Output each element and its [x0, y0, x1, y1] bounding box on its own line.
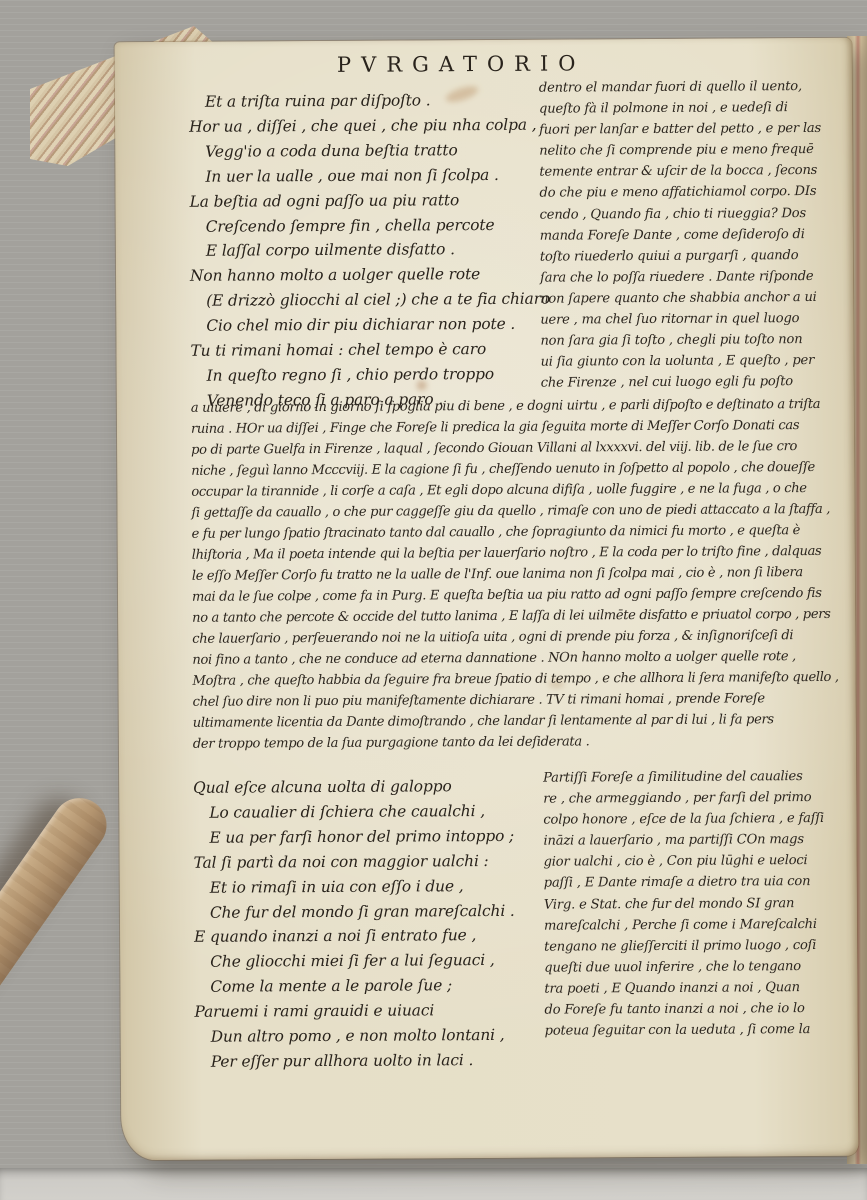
commentary-line: fuori per lanſar e batter del petto , e … [539, 118, 844, 141]
commentary-line: queſti due uuol inferire , che lo tengan… [544, 956, 849, 979]
commentary-line: non ſapere quanto che shabbia anchor a u… [540, 287, 845, 310]
commentary-line: manda Foreſe Dante , come deſideroſo di [540, 223, 845, 246]
verse-line: Vegg'io a coda duna beſtia tratto [189, 137, 539, 164]
verse-line: Che gliocchi miei ſi fer a lui ſeguaci , [194, 948, 544, 975]
verse-line: In queſto regno ſi , chio perdo troppo [191, 362, 541, 389]
verse-line: Hor ua , diſſei , che quei , che piu nha… [189, 113, 539, 140]
verse-line: Lo caualier di ſchiera che caualchi , [193, 799, 543, 826]
section-bottom: Qual eſce alcuna uolta di galoppoLo caua… [193, 766, 850, 1075]
verse-line: In uer la ualle , oue mai non ſi ſcolpa … [189, 162, 539, 189]
running-head: PVRGATORIO [93, 50, 830, 79]
book-page: PVRGATORIO Et a triſta ruina par diſpoſt… [115, 38, 859, 1160]
commentary-line: ſara che lo poſſa riuedere . Dante riſpo… [540, 266, 845, 289]
commentary-line: che Firenze , nel cui luogo egli fu poſt… [541, 371, 846, 394]
commentary-full-width: a uiuere , di giorno in giorno ſi ſpogli… [191, 394, 848, 755]
commentary-line: ināzi a lauerſario , ma partiſſi COn mag… [543, 829, 848, 852]
commentary-line: queſto fà il polmone in noi , e uedeſi d… [539, 97, 844, 120]
commentary-line: nelito che ſi comprende piu e meno frequ… [539, 139, 844, 162]
commentary-line: toſto riuederlo quiui a purgarſi , quand… [540, 245, 845, 268]
commentary-line: temente entrar & uſcir de la bocca , ſec… [539, 160, 844, 183]
commentary-line: dentro el mandar fuori di quello il uent… [539, 76, 844, 99]
verse-line: Cio chel mio dir piu dichiarar non pote … [190, 312, 540, 339]
verse-column-top: Et a triſta ruina par diſpoſto .Hor ua ,… [189, 78, 541, 414]
book-photo: { "colors": { "photo_background": "#a3a1… [0, 0, 867, 1200]
commentary-line: do che piu e meno affatichiamol corpo. D… [539, 181, 844, 204]
commentary-line: uere , ma chel ſuo ritornar in quel luog… [540, 308, 845, 331]
verse-line: E laſſal corpo uilmente disfatto . [190, 237, 540, 264]
verse-line: Come la mente a le parole ſue ; [194, 973, 544, 1000]
verse-line: La beſtia ad ogni paſſo ua piu ratto [189, 187, 539, 214]
verse-line: Qual eſce alcuna uolta di galoppo [193, 774, 543, 801]
verse-column-bottom: Qual eſce alcuna uolta di galoppoLo caua… [193, 768, 545, 1075]
commentary-line: der troppo tempo de la ſua purgagione ta… [193, 730, 848, 755]
verse-line: (E drizzò gliocchi al ciel ;) che a te f… [190, 287, 540, 314]
commentary-line: do Foreſe fu tanto inanzi a noi , che io… [544, 998, 849, 1021]
commentary-line: ui ſia giunto con la uolunta , E queſto … [540, 350, 845, 373]
commentary-line: ultimamente licentia da Dante dimoſtrand… [193, 709, 848, 734]
verse-line: Tu ti rimani homai : chel tempo è caro [190, 337, 540, 364]
commentary-line: gior ualchi , cio è , Con piu lūghi e ue… [544, 850, 849, 873]
verse-line: Dun altro pomo , e non molto lontani , [195, 1023, 545, 1050]
commentary-line: poteua ſeguitar con la ueduta , ſi come … [545, 1019, 850, 1042]
commentary-line: tra poeti , E Quando inanzi a noi , Quan [544, 977, 849, 1000]
table-surface-strip [0, 1168, 867, 1200]
verse-line: Et a triſta ruina par diſpoſto . [189, 88, 539, 115]
verse-line: Creſcendo ſempre fin , chella percote [190, 212, 540, 239]
commentary-column-top: dentro el mandar fuori di quello il uent… [539, 76, 846, 412]
commentary-line: paſſi , E Dante rimaſe a dietro tra uia … [544, 871, 849, 894]
verse-line: Paruemi i rami grauidi e uiuaci [194, 998, 544, 1025]
commentary-line: Partiſſi Foreſe a ſimilitudine del caual… [543, 766, 848, 789]
verse-line: Tal ſi partì da noi con maggior ualchi : [194, 848, 544, 875]
commentary-line: non ſara gia ſi toſto , chegli piu toſto… [540, 329, 845, 352]
commentary-line: re , che armeggiando , per farſi del pri… [543, 787, 848, 810]
verse-line: Non hanno molto a uolger quelle rote [190, 262, 540, 289]
verse-line: E ua per farſi honor del primo intoppo ; [193, 823, 543, 850]
section-top: Et a triſta ruina par diſpoſto .Hor ua ,… [189, 76, 846, 414]
commentary-column-bottom: Partiſſi Foreſe a ſimilitudine del caual… [543, 766, 850, 1073]
verse-line: Et io rimaſi in uia con eſſo i due , [194, 873, 544, 900]
verse-line: Per eſſer pur allhora uolto in laci . [195, 1048, 545, 1075]
commentary-line: colpo honore , eſce de la ſua ſchiera , … [543, 808, 848, 831]
verse-line: E quando inanzi a noi ſi entrato fue , [194, 923, 544, 950]
commentary-line: cendo , Quando fia , chio ti riueggia? D… [540, 202, 845, 225]
commentary-line: tengano ne glieſſerciti il primo luogo ,… [544, 935, 849, 958]
commentary-line: Virg. e Stat. che fur del mondo SI gran [544, 892, 849, 915]
verse-line: Che fur del mondo ſi gran mareſcalchi . [194, 898, 544, 925]
commentary-line: mareſcalchi , Perche ſi come i Mareſcalc… [544, 913, 849, 936]
